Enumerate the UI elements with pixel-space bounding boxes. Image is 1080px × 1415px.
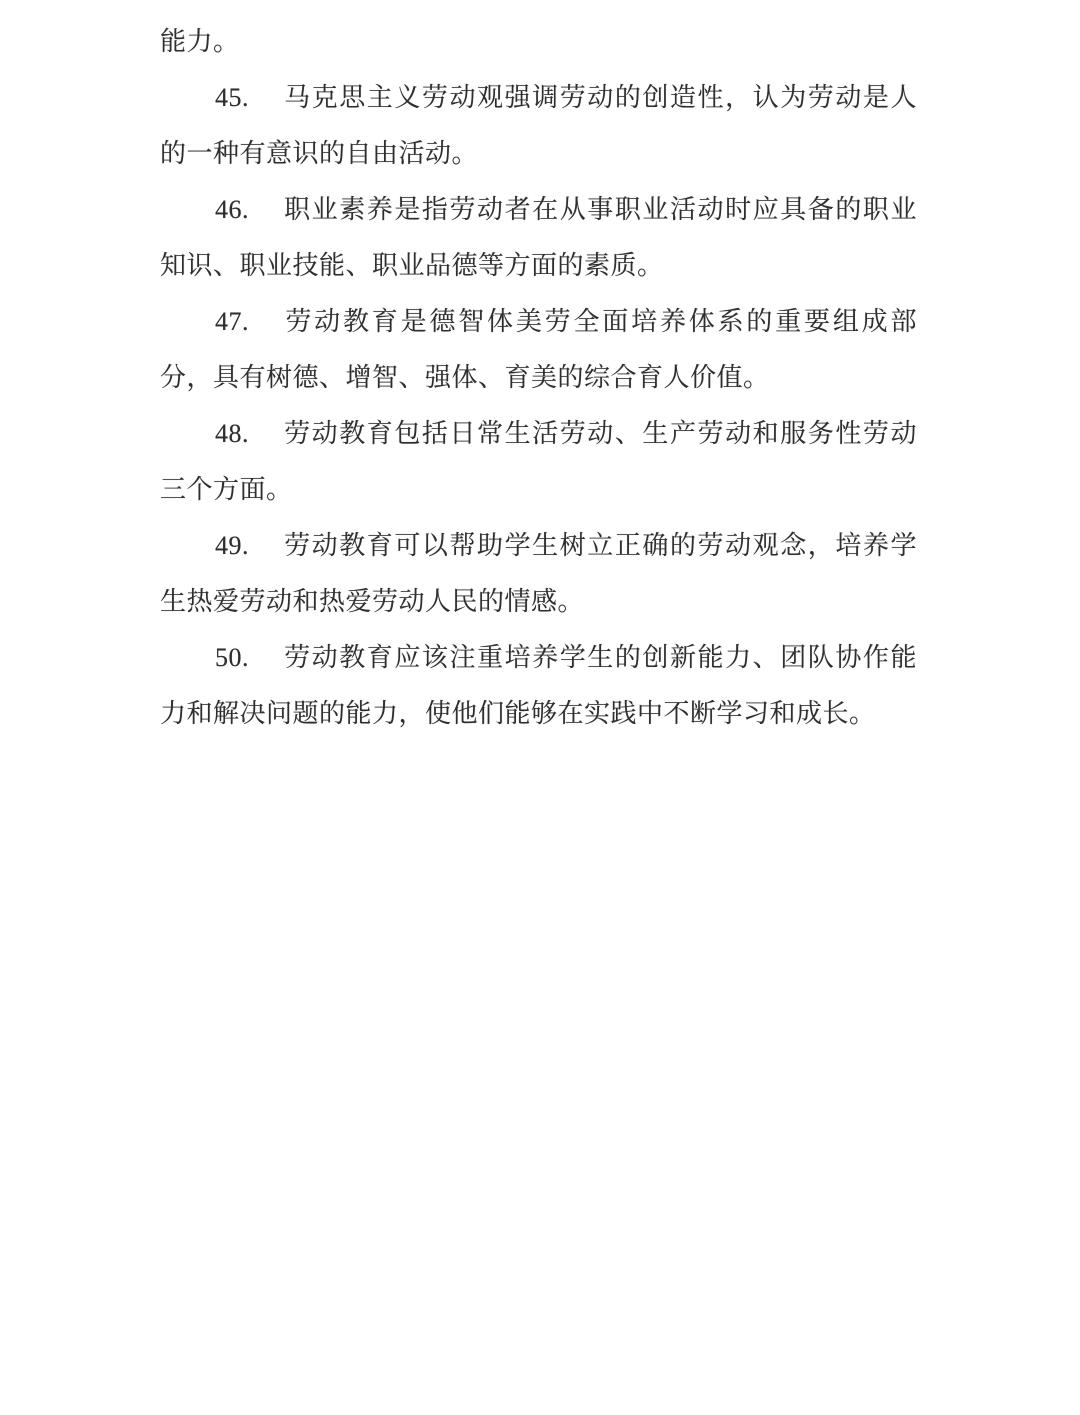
- item-number: 49.: [215, 531, 249, 560]
- item-number: 47.: [215, 307, 249, 336]
- paragraph-item-45: 45.马克思主义劳动观强调劳动的创造性，认为劳动是人的一种有意识的自由活动。: [160, 70, 917, 182]
- item-number: 48.: [215, 419, 249, 448]
- paragraph-item-50: 50.劳动教育应该注重培养学生的创新能力、团队协作能力和解决问题的能力，使他们能…: [160, 630, 917, 742]
- document-page: 能力。 45.马克思主义劳动观强调劳动的创造性，认为劳动是人的一种有意识的自由活…: [0, 0, 1080, 1415]
- item-text: 马克思主义劳动观强调劳动的创造性，认为劳动是人的一种有意识的自由活动。: [160, 83, 917, 168]
- item-number: 50.: [215, 643, 249, 672]
- item-text: 劳动教育应该注重培养学生的创新能力、团队协作能力和解决问题的能力，使他们能够在实…: [160, 643, 917, 728]
- item-text: 劳动教育可以帮助学生树立正确的劳动观念，培养学生热爱劳动和热爱劳动人民的情感。: [160, 531, 917, 616]
- item-number: 45.: [215, 83, 249, 112]
- paragraph-item-48: 48.劳动教育包括日常生活劳动、生产劳动和服务性劳动三个方面。: [160, 406, 917, 518]
- item-text: 职业素养是指劳动者在从事职业活动时应具备的职业知识、职业技能、职业品德等方面的素…: [160, 195, 917, 280]
- paragraph-item-47: 47.劳动教育是德智体美劳全面培养体系的重要组成部分，具有树德、增智、强体、育美…: [160, 294, 917, 406]
- item-number: 46.: [215, 195, 249, 224]
- paragraph-item-46: 46.职业素养是指劳动者在从事职业活动时应具备的职业知识、职业技能、职业品德等方…: [160, 182, 917, 294]
- item-text: 能力。: [160, 27, 240, 56]
- paragraph-item-49: 49.劳动教育可以帮助学生树立正确的劳动观念，培养学生热爱劳动和热爱劳动人民的情…: [160, 518, 917, 630]
- item-text: 劳动教育包括日常生活劳动、生产劳动和服务性劳动三个方面。: [160, 419, 917, 504]
- item-text: 劳动教育是德智体美劳全面培养体系的重要组成部分，具有树德、增智、强体、育美的综合…: [160, 307, 917, 392]
- paragraph-continuation: 能力。: [160, 14, 917, 70]
